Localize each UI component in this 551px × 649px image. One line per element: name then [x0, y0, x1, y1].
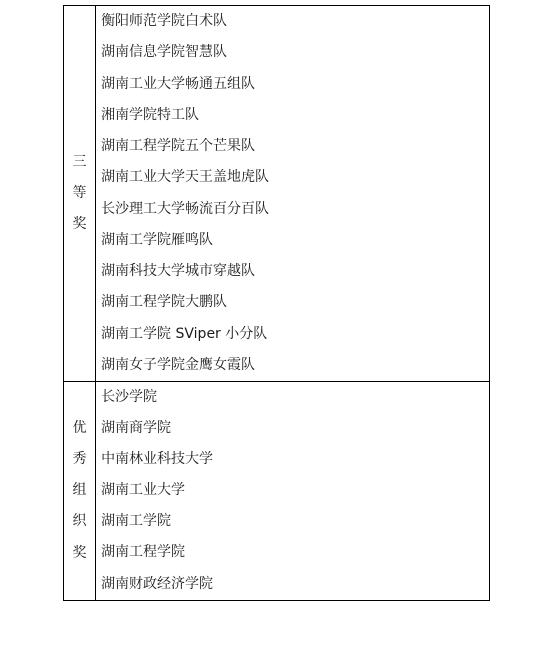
- list-item: 湖南女子学院金鹰女霞队: [101, 350, 489, 381]
- list-item: 湖南工程学院五个芒果队: [101, 131, 489, 162]
- list-item: 长沙理工大学畅流百分百队: [101, 194, 489, 225]
- list-item: 湖南商学院: [101, 413, 489, 444]
- list-item: 湘南学院特工队: [101, 100, 489, 131]
- category-char: 奖: [64, 538, 95, 569]
- list-item: 湖南信息学院智慧队: [101, 37, 489, 68]
- category-char: 织: [64, 506, 95, 537]
- list-item: 湖南工业大学: [101, 475, 489, 506]
- category-char: 优: [64, 413, 95, 444]
- category-char: 三: [64, 147, 95, 178]
- list-item: 衡阳师范学院白术队: [101, 6, 489, 37]
- category-cell-third-prize: 三 等 奖: [64, 6, 96, 382]
- category-char: 秀: [64, 444, 95, 475]
- list-item: 湖南工程学院: [101, 537, 489, 568]
- list-item: 中南林业科技大学: [101, 444, 489, 475]
- entries-cell-third-prize: 衡阳师范学院白术队 湖南信息学院智慧队 湖南工业大学畅通五组队 湘南学院特工队 …: [96, 6, 490, 382]
- list-item: 湖南财政经济学院: [101, 569, 489, 600]
- list-item: 湖南工程学院大鹏队: [101, 287, 489, 318]
- awards-table: 三 等 奖 衡阳师范学院白术队 湖南信息学院智慧队 湖南工业大学畅通五组队 湘南…: [63, 5, 490, 601]
- list-item: 湖南工学院: [101, 506, 489, 537]
- list-item: 湖南科技大学城市穿越队: [101, 256, 489, 287]
- section-organization-award: 优 秀 组 织 奖 长沙学院 湖南商学院 中南林业科技大学 湖南工业大学 湖南工…: [64, 382, 490, 601]
- entries-cell-organization-award: 长沙学院 湖南商学院 中南林业科技大学 湖南工业大学 湖南工学院 湖南工程学院 …: [96, 382, 490, 601]
- category-char: 奖: [64, 209, 95, 240]
- list-item: 湖南工学院 SViper 小分队: [101, 319, 489, 350]
- category-char: 等: [64, 178, 95, 209]
- section-third-prize: 三 等 奖 衡阳师范学院白术队 湖南信息学院智慧队 湖南工业大学畅通五组队 湘南…: [64, 6, 490, 382]
- category-char: 组: [64, 475, 95, 506]
- category-cell-organization-award: 优 秀 组 织 奖: [64, 382, 96, 601]
- list-item: 湖南工业大学天王盖地虎队: [101, 162, 489, 193]
- list-item: 长沙学院: [101, 382, 489, 413]
- list-item: 湖南工业大学畅通五组队: [101, 69, 489, 100]
- list-item: 湖南工学院雁鸣队: [101, 225, 489, 256]
